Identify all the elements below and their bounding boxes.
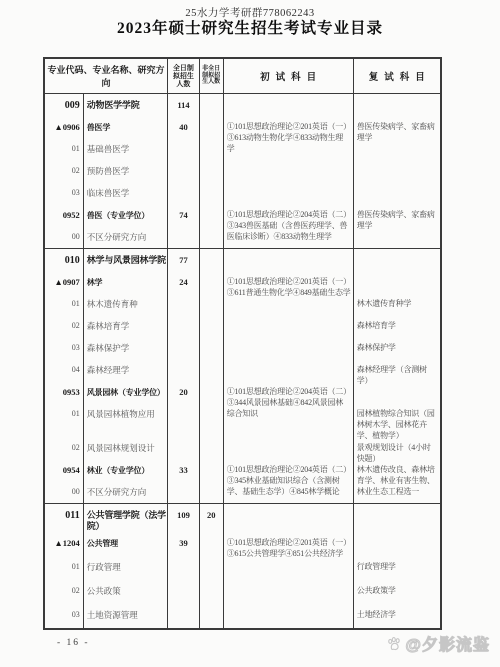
retest-subjects <box>354 160 440 182</box>
table-row: 02森林培育学森林培育学 <box>45 315 440 337</box>
header-parttime-label: 非全日制拟招生人数 <box>202 66 221 86</box>
retest-subjects: 公共政策学 <box>354 580 440 604</box>
parttime-count <box>200 293 224 315</box>
major-name: 森林经理学 <box>84 359 168 381</box>
exam-text: ①101思想政治理论②204英语（二）③343兽医基础（含兽医药理学、兽医临床诊… <box>227 209 351 242</box>
fulltime-count: 20 <box>168 381 200 403</box>
parttime-count <box>200 580 224 604</box>
parttime-count <box>200 249 224 271</box>
major-name: 林木遗传育种 <box>84 293 168 315</box>
initial-exam-subjects: ①101思想政治理论②201英语（一）③611普通生物化学④849基础生态学 <box>224 271 354 293</box>
section-s010: 010林学与风景园林学院77▲0907林学24①101思想政治理论②201英语（… <box>45 249 440 504</box>
major-name: 林业（专业学位） <box>84 459 168 481</box>
table-row: 02预防兽医学 <box>45 160 440 182</box>
fulltime-count <box>168 604 200 628</box>
parttime-count <box>200 271 224 293</box>
major-code: 010 <box>45 249 84 271</box>
initial-exam-subjects <box>224 359 354 381</box>
parttime-count <box>200 481 224 503</box>
major-code: 00 <box>45 481 84 503</box>
parttime-count <box>200 459 224 481</box>
fulltime-count: 77 <box>168 249 200 271</box>
major-code: 01 <box>45 403 84 437</box>
header-major-code-name: 专业代码、专业名称、研究方向 <box>45 59 168 93</box>
page-title: 2023年硕士研究生招生考试专业目录 <box>0 16 500 38</box>
major-name: 公共管理 <box>84 532 168 556</box>
section-s009: 009动物医学学院114▲0906兽医学40①101思想政治理论②201英语（一… <box>45 94 440 249</box>
fulltime-count: 114 <box>168 94 200 116</box>
page-number: - 16 - <box>57 638 90 648</box>
major-code: 02 <box>45 437 84 459</box>
major-name: 风景园林规划设计 <box>84 437 168 459</box>
parttime-count <box>200 437 224 459</box>
table-row: 03临床兽医学 <box>45 182 440 204</box>
fulltime-count <box>168 580 200 604</box>
fulltime-count <box>168 337 200 359</box>
table-row: 03森林保护学森林保护学 <box>45 337 440 359</box>
exam-text: ①101思想政治理论②201英语（一）③611普通生物化学④849基础生态学 <box>227 276 351 298</box>
header-fulltime-count: 全日制拟招生人数 <box>168 59 200 93</box>
table-row: 01行政管理行政管理学 <box>45 556 440 580</box>
initial-exam-subjects <box>224 604 354 628</box>
header-parttime-count: 非全日制拟招生人数 <box>200 59 224 93</box>
parttime-count <box>200 604 224 628</box>
table-row: 011公共管理学院（法学院）10920 <box>45 504 440 532</box>
fulltime-count: 39 <box>168 532 200 556</box>
fulltime-count <box>168 138 200 160</box>
fulltime-count <box>168 160 200 182</box>
major-name: 公共管理学院（法学院） <box>84 504 168 532</box>
retest-text: 兽医传染病学、家畜病理学 <box>357 209 438 231</box>
table-row: ▲1204公共管理39①101思想政治理论②201英语（一）③615公共管理学④… <box>45 532 440 556</box>
initial-exam-subjects: ①101思想政治理论②201英语（一）③613动物生物化学④833动物生理学 <box>224 116 354 138</box>
parttime-count <box>200 226 224 248</box>
header-initial-exam: 初试科目 <box>224 59 354 93</box>
initial-exam-subjects <box>224 249 354 271</box>
fulltime-count: 40 <box>168 116 200 138</box>
header-fulltime-label: 全日制拟招生人数 <box>172 64 194 88</box>
parttime-count: 20 <box>200 504 224 532</box>
retest-subjects: 园林植物综合知识（园林树木学、园林花卉学、植物学） <box>354 403 440 437</box>
major-name: 兽医学 <box>84 116 168 138</box>
major-name: 林学与风景园林学院 <box>84 249 168 271</box>
major-name: 兽医（专业学位） <box>84 204 168 226</box>
initial-exam-subjects <box>224 337 354 359</box>
major-name: 动物医学学院 <box>84 94 168 116</box>
major-name: 基础兽医学 <box>84 138 168 160</box>
major-code: 02 <box>45 160 84 182</box>
table-row: 010林学与风景园林学院77 <box>45 249 440 271</box>
retest-text: 公共政策学 <box>357 585 438 596</box>
fulltime-count: 109 <box>168 504 200 532</box>
parttime-count <box>200 337 224 359</box>
retest-subjects: 森林保护学 <box>354 337 440 359</box>
initial-exam-subjects <box>224 182 354 204</box>
retest-subjects <box>354 532 440 556</box>
initial-exam-subjects <box>224 580 354 604</box>
retest-subjects <box>354 271 440 293</box>
major-name: 临床兽医学 <box>84 182 168 204</box>
fulltime-count <box>168 226 200 248</box>
retest-subjects <box>354 182 440 204</box>
initial-exam-subjects: ①101思想政治理论②201英语（一）③615公共管理学④851公共经济学 <box>224 532 354 556</box>
major-name: 森林培育学 <box>84 315 168 337</box>
table-row: ▲0906兽医学40①101思想政治理论②201英语（一）③613动物生物化学④… <box>45 116 440 138</box>
table-row: ▲0907林学24①101思想政治理论②201英语（一）③611普通生物化学④8… <box>45 271 440 293</box>
parttime-count <box>200 315 224 337</box>
major-code: 03 <box>45 182 84 204</box>
major-name: 不区分研究方向 <box>84 481 168 503</box>
initial-exam-subjects: ①101思想政治理论②204英语（二）③343兽医基础（含兽医药理学、兽医临床诊… <box>224 204 354 226</box>
retest-text: 兽医传染病学、家畜病理学 <box>357 121 438 143</box>
major-name: 风景园林（专业学位） <box>84 381 168 403</box>
major-name: 风景园林植物应用 <box>84 403 168 437</box>
scanned-document-page: { "watermark_top": "25水力学考研群778062243", … <box>0 0 500 667</box>
exam-text: ①101思想政治理论②201英语（一）③615公共管理学④851公共经济学 <box>227 537 351 559</box>
major-code: 009 <box>45 94 84 116</box>
retest-text: 林木遗传育种学 <box>357 298 438 309</box>
parttime-count <box>200 94 224 116</box>
initial-exam-subjects <box>224 556 354 580</box>
exam-text: ①101思想政治理论②204英语（二）③344风景园林基础④842风景园林综合知… <box>227 386 351 419</box>
fulltime-count: 24 <box>168 271 200 293</box>
retest-text: 森林经理学（含测树学） <box>357 364 438 386</box>
major-code: 02 <box>45 315 84 337</box>
retest-subjects <box>354 94 440 116</box>
retest-subjects <box>354 249 440 271</box>
section-s011: 011公共管理学院（法学院）10920▲1204公共管理39①101思想政治理论… <box>45 504 440 628</box>
table-row: 0952兽医（专业学位）74①101思想政治理论②204英语（二）③343兽医基… <box>45 204 440 226</box>
major-code: 03 <box>45 337 84 359</box>
fulltime-count: 33 <box>168 459 200 481</box>
retest-subjects: 行政管理学 <box>354 556 440 580</box>
initial-exam-subjects <box>224 437 354 459</box>
parttime-count <box>200 556 224 580</box>
major-name: 公共政策 <box>84 580 168 604</box>
parttime-count <box>200 381 224 403</box>
major-code: ▲0906 <box>45 116 84 138</box>
parttime-count <box>200 160 224 182</box>
retest-subjects: 森林经理学（含测树学） <box>354 359 440 381</box>
major-code: 00 <box>45 226 84 248</box>
retest-text: 森林保护学 <box>357 342 438 353</box>
initial-exam-subjects <box>224 504 354 532</box>
major-name: 森林保护学 <box>84 337 168 359</box>
fulltime-count <box>168 359 200 381</box>
major-code: ▲0907 <box>45 271 84 293</box>
retest-text: 园林植物综合知识（园林树木学、园林花卉学、植物学） <box>357 408 438 441</box>
retest-text: 土地经济学 <box>357 609 438 620</box>
retest-subjects: 土地经济学 <box>354 604 440 628</box>
bottom-watermark: @夕影流鉴 <box>386 632 490 655</box>
parttime-count <box>200 532 224 556</box>
major-code: ▲1204 <box>45 532 84 556</box>
fulltime-count: 74 <box>168 204 200 226</box>
major-code: 011 <box>45 504 84 532</box>
major-name: 行政管理 <box>84 556 168 580</box>
major-code: 0954 <box>45 459 84 481</box>
fulltime-count <box>168 437 200 459</box>
major-code: 0953 <box>45 381 84 403</box>
major-code: 0952 <box>45 204 84 226</box>
retest-subjects: 林木遗传育种学 <box>354 293 440 315</box>
major-name: 不区分研究方向 <box>84 226 168 248</box>
parttime-count <box>200 204 224 226</box>
initial-exam-subjects <box>224 94 354 116</box>
table-row: 04森林经理学森林经理学（含测树学） <box>45 359 440 381</box>
major-code: 01 <box>45 556 84 580</box>
initial-exam-subjects <box>224 315 354 337</box>
fulltime-count <box>168 182 200 204</box>
parttime-count <box>200 182 224 204</box>
fulltime-count <box>168 293 200 315</box>
retest-subjects: 兽医传染病学、家畜病理学 <box>354 204 440 226</box>
retest-text: 林木遗传改良、森林培育学、林业有害生物、林业生态工程选一 <box>357 464 438 497</box>
exam-text: ①101思想政治理论②204英语（二）③345林业基础知识综合（含测树学、基础生… <box>227 464 351 497</box>
fulltime-count <box>168 315 200 337</box>
major-code: 03 <box>45 604 84 628</box>
retest-subjects <box>354 504 440 532</box>
major-name: 预防兽医学 <box>84 160 168 182</box>
paw-icon <box>386 635 403 652</box>
retest-subjects: 森林培育学 <box>354 315 440 337</box>
watermark-handle: @夕影流鉴 <box>405 632 490 655</box>
major-code: 02 <box>45 580 84 604</box>
fulltime-count <box>168 556 200 580</box>
major-name: 土地资源管理 <box>84 604 168 628</box>
table-row: 03土地资源管理土地经济学 <box>45 604 440 628</box>
initial-exam-subjects <box>224 160 354 182</box>
retest-text: 行政管理学 <box>357 561 438 572</box>
initial-exam-subjects: ①101思想政治理论②204英语（二）③344风景园林基础④842风景园林综合知… <box>224 381 354 403</box>
initial-exam-subjects: ①101思想政治理论②204英语（二）③345林业基础知识综合（含测树学、基础生… <box>224 459 354 481</box>
table-header-row: 专业代码、专业名称、研究方向 全日制拟招生人数 非全日制拟招生人数 初试科目 复… <box>45 59 440 94</box>
exam-text: ①101思想政治理论②201英语（一）③613动物生物化学④833动物生理学 <box>227 121 351 154</box>
parttime-count <box>200 359 224 381</box>
parttime-count <box>200 403 224 437</box>
retest-text: 森林培育学 <box>357 320 438 331</box>
major-code: 01 <box>45 138 84 160</box>
table-row: 02公共政策公共政策学 <box>45 580 440 604</box>
catalog-table: 专业代码、专业名称、研究方向 全日制拟招生人数 非全日制拟招生人数 初试科目 复… <box>43 57 442 630</box>
retest-text: 景观规划设计（4小时快题） <box>357 442 438 464</box>
parttime-count <box>200 116 224 138</box>
fulltime-count <box>168 481 200 503</box>
parttime-count <box>200 138 224 160</box>
header-retest: 复试科目 <box>354 59 440 93</box>
retest-subjects: 兽医传染病学、家畜病理学 <box>354 116 440 138</box>
major-name: 林学 <box>84 271 168 293</box>
fulltime-count <box>168 403 200 437</box>
table-row: 009动物医学学院114 <box>45 94 440 116</box>
table-body: 009动物医学学院114▲0906兽医学40①101思想政治理论②201英语（一… <box>45 94 440 628</box>
major-code: 04 <box>45 359 84 381</box>
major-code: 01 <box>45 293 84 315</box>
